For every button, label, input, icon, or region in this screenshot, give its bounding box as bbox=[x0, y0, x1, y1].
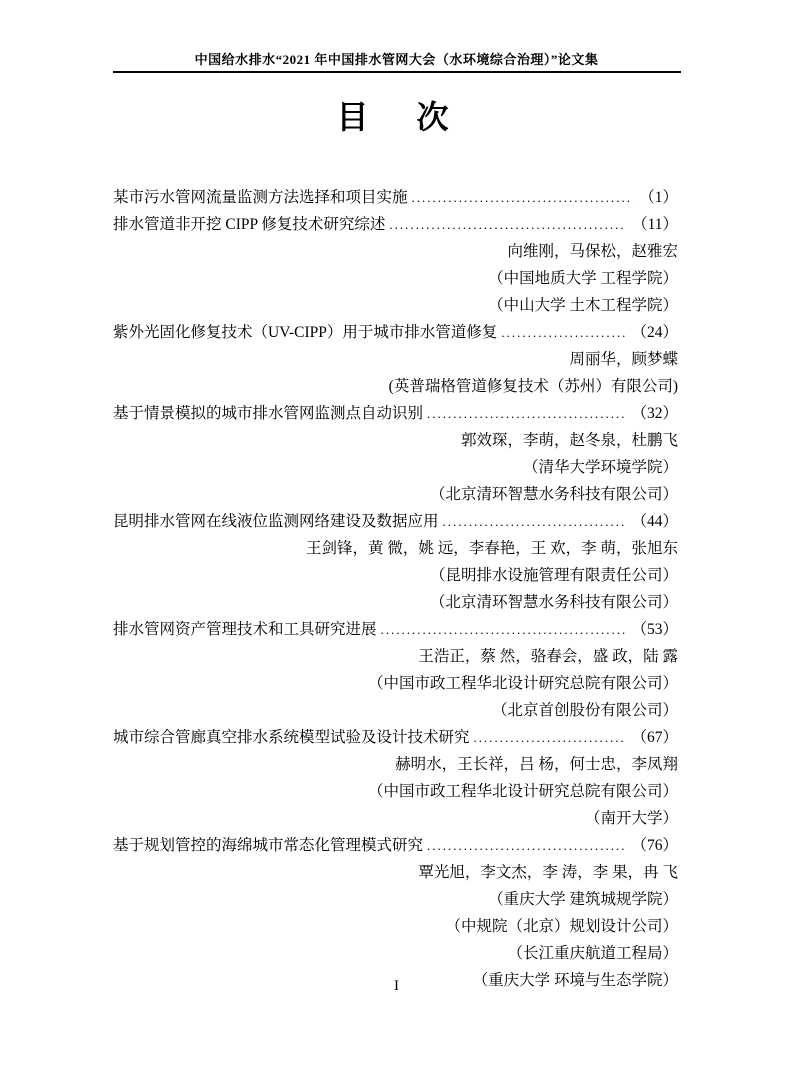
toc-entry-page-number: （67） bbox=[631, 724, 678, 751]
toc-entry-authors: 王浩正，蔡 然，骆春会，盛 政，陆 露 bbox=[113, 643, 678, 670]
toc-entry-title: 基于情景模拟的城市排水管网监测点自动识别 bbox=[113, 400, 423, 427]
toc-entry-title: 紫外光固化修复技术（UV-CIPP）用于城市排水管道修复 bbox=[113, 319, 497, 346]
toc-entry-page-number: （24） bbox=[631, 319, 678, 346]
toc-entry: 排水管道非开挖 CIPP 修复技术研究综述 （11） 向维刚，马保松，赵雅宏（中… bbox=[113, 211, 678, 319]
dotted-leader bbox=[427, 832, 625, 859]
toc-entry-title: 排水管网资产管理技术和工具研究进展 bbox=[113, 616, 377, 643]
toc-entry-affiliation: （昆明排水设施管理有限责任公司） bbox=[113, 562, 678, 589]
toc-entry: 某市污水管网流量监测方法选择和项目实施 （1） bbox=[113, 184, 678, 211]
dotted-leader bbox=[427, 400, 625, 427]
toc-entry-page-number: （76） bbox=[631, 832, 678, 859]
toc-entry-authors: 周丽华，顾梦蝶 bbox=[113, 346, 678, 373]
toc-entry-affiliation: （北京清环智慧水务科技有限公司） bbox=[113, 481, 678, 508]
toc-entry-title-row: 昆明排水管网在线液位监测网络建设及数据应用 （44） bbox=[113, 508, 678, 535]
toc-entry-page-number: （32） bbox=[631, 400, 678, 427]
toc-list: 某市污水管网流量监测方法选择和项目实施 （1） 排水管道非开挖 CIPP 修复技… bbox=[113, 184, 678, 994]
toc-entry-affiliation: (英普瑞格管道修复技术（苏州）有限公司) bbox=[113, 373, 678, 400]
toc-entry-affiliation: （中山大学 土木工程学院） bbox=[113, 292, 678, 319]
dotted-leader bbox=[443, 508, 626, 535]
header-divider bbox=[113, 71, 681, 73]
toc-entry-title: 排水管道非开挖 CIPP 修复技术研究综述 bbox=[113, 211, 385, 238]
toc-entry-affiliation: （北京首创股份有限公司） bbox=[113, 697, 678, 724]
dotted-leader bbox=[381, 616, 626, 643]
toc-entry-authors: 向维刚，马保松，赵雅宏 bbox=[113, 238, 678, 265]
toc-entry-authors: 覃光旭，李文杰，李 涛，李 果，冉 飞 bbox=[113, 859, 678, 886]
toc-entry-title-row: 紫外光固化修复技术（UV-CIPP）用于城市排水管道修复 （24） bbox=[113, 319, 678, 346]
toc-entry-page-number: （44） bbox=[631, 508, 678, 535]
footer-page-number: I bbox=[0, 978, 793, 995]
toc-entry-title-row: 基于情景模拟的城市排水管网监测点自动识别 （32） bbox=[113, 400, 678, 427]
toc-entry: 昆明排水管网在线液位监测网络建设及数据应用 （44） 王剑锋，黄 微，姚 远，李… bbox=[113, 508, 678, 616]
document-page: 中国给水排水“2021 年中国排水管网大会（水环境综合治理）”论文集 目 次 某… bbox=[0, 0, 793, 1077]
toc-entry-affiliation: （中国地质大学 工程学院） bbox=[113, 265, 678, 292]
document-header: 中国给水排水“2021 年中国排水管网大会（水环境综合治理）”论文集 bbox=[0, 49, 793, 68]
toc-entry-authors: 郭效琛，李萌，赵冬泉，杜鹏飞 bbox=[113, 427, 678, 454]
toc-entry-title-row: 排水管网资产管理技术和工具研究进展 （53） bbox=[113, 616, 678, 643]
toc-entry-page-number: （1） bbox=[639, 184, 678, 211]
toc-entry-affiliation: （清华大学环境学院） bbox=[113, 454, 678, 481]
toc-entry-page-number: （11） bbox=[632, 211, 678, 238]
toc-entry-title-row: 城市综合管廊真空排水系统模型试验及设计技术研究 （67） bbox=[113, 724, 678, 751]
toc-entry-page-number: （53） bbox=[631, 616, 678, 643]
toc-entry-affiliation: （南开大学） bbox=[113, 805, 678, 832]
toc-entry: 基于规划管控的海绵城市常态化管理模式研究 （76） 覃光旭，李文杰，李 涛，李 … bbox=[113, 832, 678, 994]
toc-entry-title: 昆明排水管网在线液位监测网络建设及数据应用 bbox=[113, 508, 439, 535]
toc-entry-affiliation: （中国市政工程华北设计研究总院有限公司） bbox=[113, 670, 678, 697]
toc-entry: 紫外光固化修复技术（UV-CIPP）用于城市排水管道修复 （24） 周丽华，顾梦… bbox=[113, 319, 678, 400]
dotted-leader bbox=[501, 319, 625, 346]
toc-entry-affiliation: （重庆大学 建筑城规学院） bbox=[113, 886, 678, 913]
toc-entry-authors: 王剑锋，黄 微，姚 远，李春艳，王 欢，李 萌，张旭东 bbox=[113, 535, 678, 562]
toc-entry: 基于情景模拟的城市排水管网监测点自动识别 （32） 郭效琛，李萌，赵冬泉，杜鹏飞… bbox=[113, 400, 678, 508]
dotted-leader bbox=[389, 211, 626, 238]
toc-entry-title: 某市污水管网流量监测方法选择和项目实施 bbox=[113, 184, 408, 211]
toc-entry-title-row: 基于规划管控的海绵城市常态化管理模式研究 （76） bbox=[113, 832, 678, 859]
toc-entry-affiliation: （中国市政工程华北设计研究总院有限公司） bbox=[113, 778, 678, 805]
toc-entry-title: 基于规划管控的海绵城市常态化管理模式研究 bbox=[113, 832, 423, 859]
toc-entry: 城市综合管廊真空排水系统模型试验及设计技术研究 （67） 赫明水，王长祥，吕 杨… bbox=[113, 724, 678, 832]
toc-entry-affiliation: （长江重庆航道工程局） bbox=[113, 940, 678, 967]
toc-entry-title-row: 某市污水管网流量监测方法选择和项目实施 （1） bbox=[113, 184, 678, 211]
toc-entry-title: 城市综合管廊真空排水系统模型试验及设计技术研究 bbox=[113, 724, 470, 751]
toc-entry-title-row: 排水管道非开挖 CIPP 修复技术研究综述 （11） bbox=[113, 211, 678, 238]
dotted-leader bbox=[412, 184, 634, 211]
toc-entry: 排水管网资产管理技术和工具研究进展 （53） 王浩正，蔡 然，骆春会，盛 政，陆… bbox=[113, 616, 678, 724]
toc-entry-affiliation: （中规院（北京）规划设计公司） bbox=[113, 913, 678, 940]
toc-entry-affiliation: （北京清环智慧水务科技有限公司） bbox=[113, 589, 678, 616]
page-title: 目 次 bbox=[0, 92, 793, 138]
dotted-leader bbox=[474, 724, 626, 751]
toc-entry-authors: 赫明水，王长祥，吕 杨，何士忠，李凤翔 bbox=[113, 751, 678, 778]
